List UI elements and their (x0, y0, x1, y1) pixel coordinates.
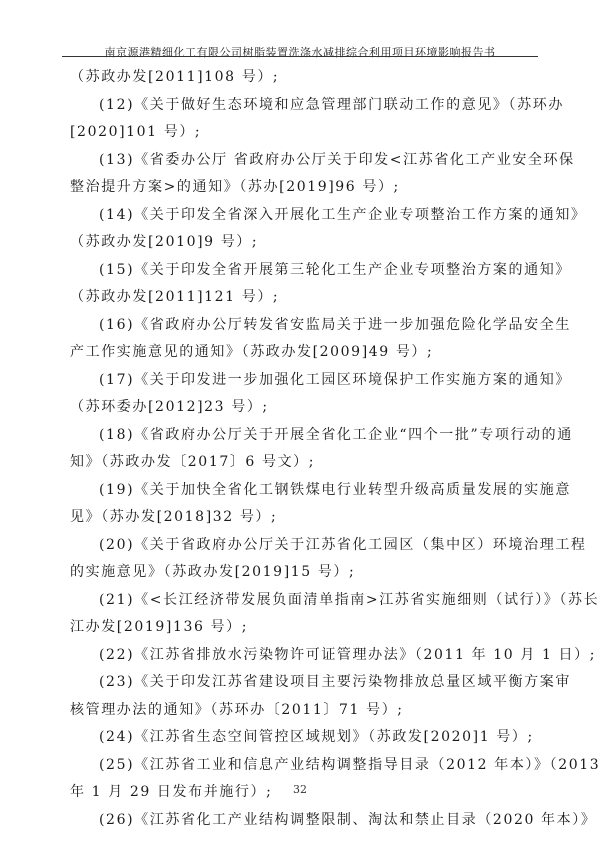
page-number: 32 (0, 783, 600, 796)
regulation-item-start: (24)《江苏省生态空间管控区域规划》（苏政发[2020]1 号）; (70, 724, 530, 752)
regulation-item-continuation: 核管理办法的通知》（苏环办〔2011〕71 号）; (70, 697, 530, 725)
regulation-item-start: (26)《江苏省化工产业结构调整限制、淘汰和禁止目录（2020 年本）》 (70, 807, 530, 835)
regulation-item-continuation: [2020]101 号）; (70, 119, 530, 147)
regulation-item-continuation: 的实施意见》（苏政办发[2019]15 号）; (70, 559, 530, 587)
regulation-item-start: (21)《<长江经济带发展负面清单指南>江苏省实施细则（试行）》（苏长 (70, 587, 530, 615)
regulation-item-start: (16)《省政府办公厅转发省安监局关于进一步加强危险化学品安全生 (70, 312, 530, 340)
regulation-item-start: (13)《省委办公厅 省政府办公厅关于印发<江苏省化工产业安全环保 (70, 147, 530, 175)
regulation-item-start: (14)《关于印发全省深入开展化工生产企业专项整治工作方案的通知》 (70, 202, 530, 230)
regulation-item-continuation: （苏政办发[2011]108 号）; (70, 64, 530, 92)
regulation-item-continuation: （苏环委办[2012]23 号）; (70, 394, 530, 422)
regulation-item-start: (15)《关于印发全省开展第三轮化工生产企业专项整治方案的通知》 (70, 257, 530, 285)
regulation-item-continuation: 江办发[2019]136 号）; (70, 614, 530, 642)
regulation-item-start: (22)《江苏省排放水污染物许可证管理办法》（2011 年 10 月 1 日）; (70, 642, 530, 670)
regulation-item-start: (23)《关于印发江苏省建设项目主要污染物排放总量区域平衡方案审 (70, 669, 530, 697)
regulation-item-continuation: （苏政办发[2011]121 号）; (70, 284, 530, 312)
document-header: 南京源港精细化工有限公司树脂装置洗涤水减排综合利用项目环境影响报告书 (62, 44, 538, 60)
regulation-item-continuation: 知》（苏政办发〔2017〕6 号文）; (70, 449, 530, 477)
regulation-item-start: (12)《关于做好生态环境和应急管理部门联动工作的意见》（苏环办 (70, 92, 530, 120)
regulation-item-start: (19)《关于加快全省化工钢铁煤电行业转型升级高质量发展的实施意 (70, 477, 530, 505)
regulation-item-continuation: 见》（苏办发[2018]32 号）; (70, 504, 530, 532)
regulation-item-start: (18)《省政府办公厅关于开展全省化工企业“四个一批”专项行动的通 (70, 422, 530, 450)
regulation-item-continuation: （苏政办发[2010]9 号）; (70, 229, 530, 257)
regulation-item-start: (20)《关于省政府办公厅关于江苏省化工园区（集中区）环境治理工程 (70, 532, 530, 560)
regulation-item-start: (17)《关于印发进一步加强化工园区环境保护工作实施方案的通知》 (70, 367, 530, 395)
regulation-item-continuation: 产工作实施意见的通知》（苏政办发[2009]49 号）; (70, 339, 530, 367)
regulation-item-continuation: 整治提升方案>的通知》（苏办[2019]96 号）; (70, 174, 530, 202)
document-body: （苏政办发[2011]108 号）;(12)《关于做好生态环境和应急管理部门联动… (70, 64, 530, 834)
header-divider (62, 56, 538, 57)
regulation-item-start: (25)《江苏省工业和信息产业结构调整指导目录（2012 年本）》（2013 (70, 752, 530, 780)
